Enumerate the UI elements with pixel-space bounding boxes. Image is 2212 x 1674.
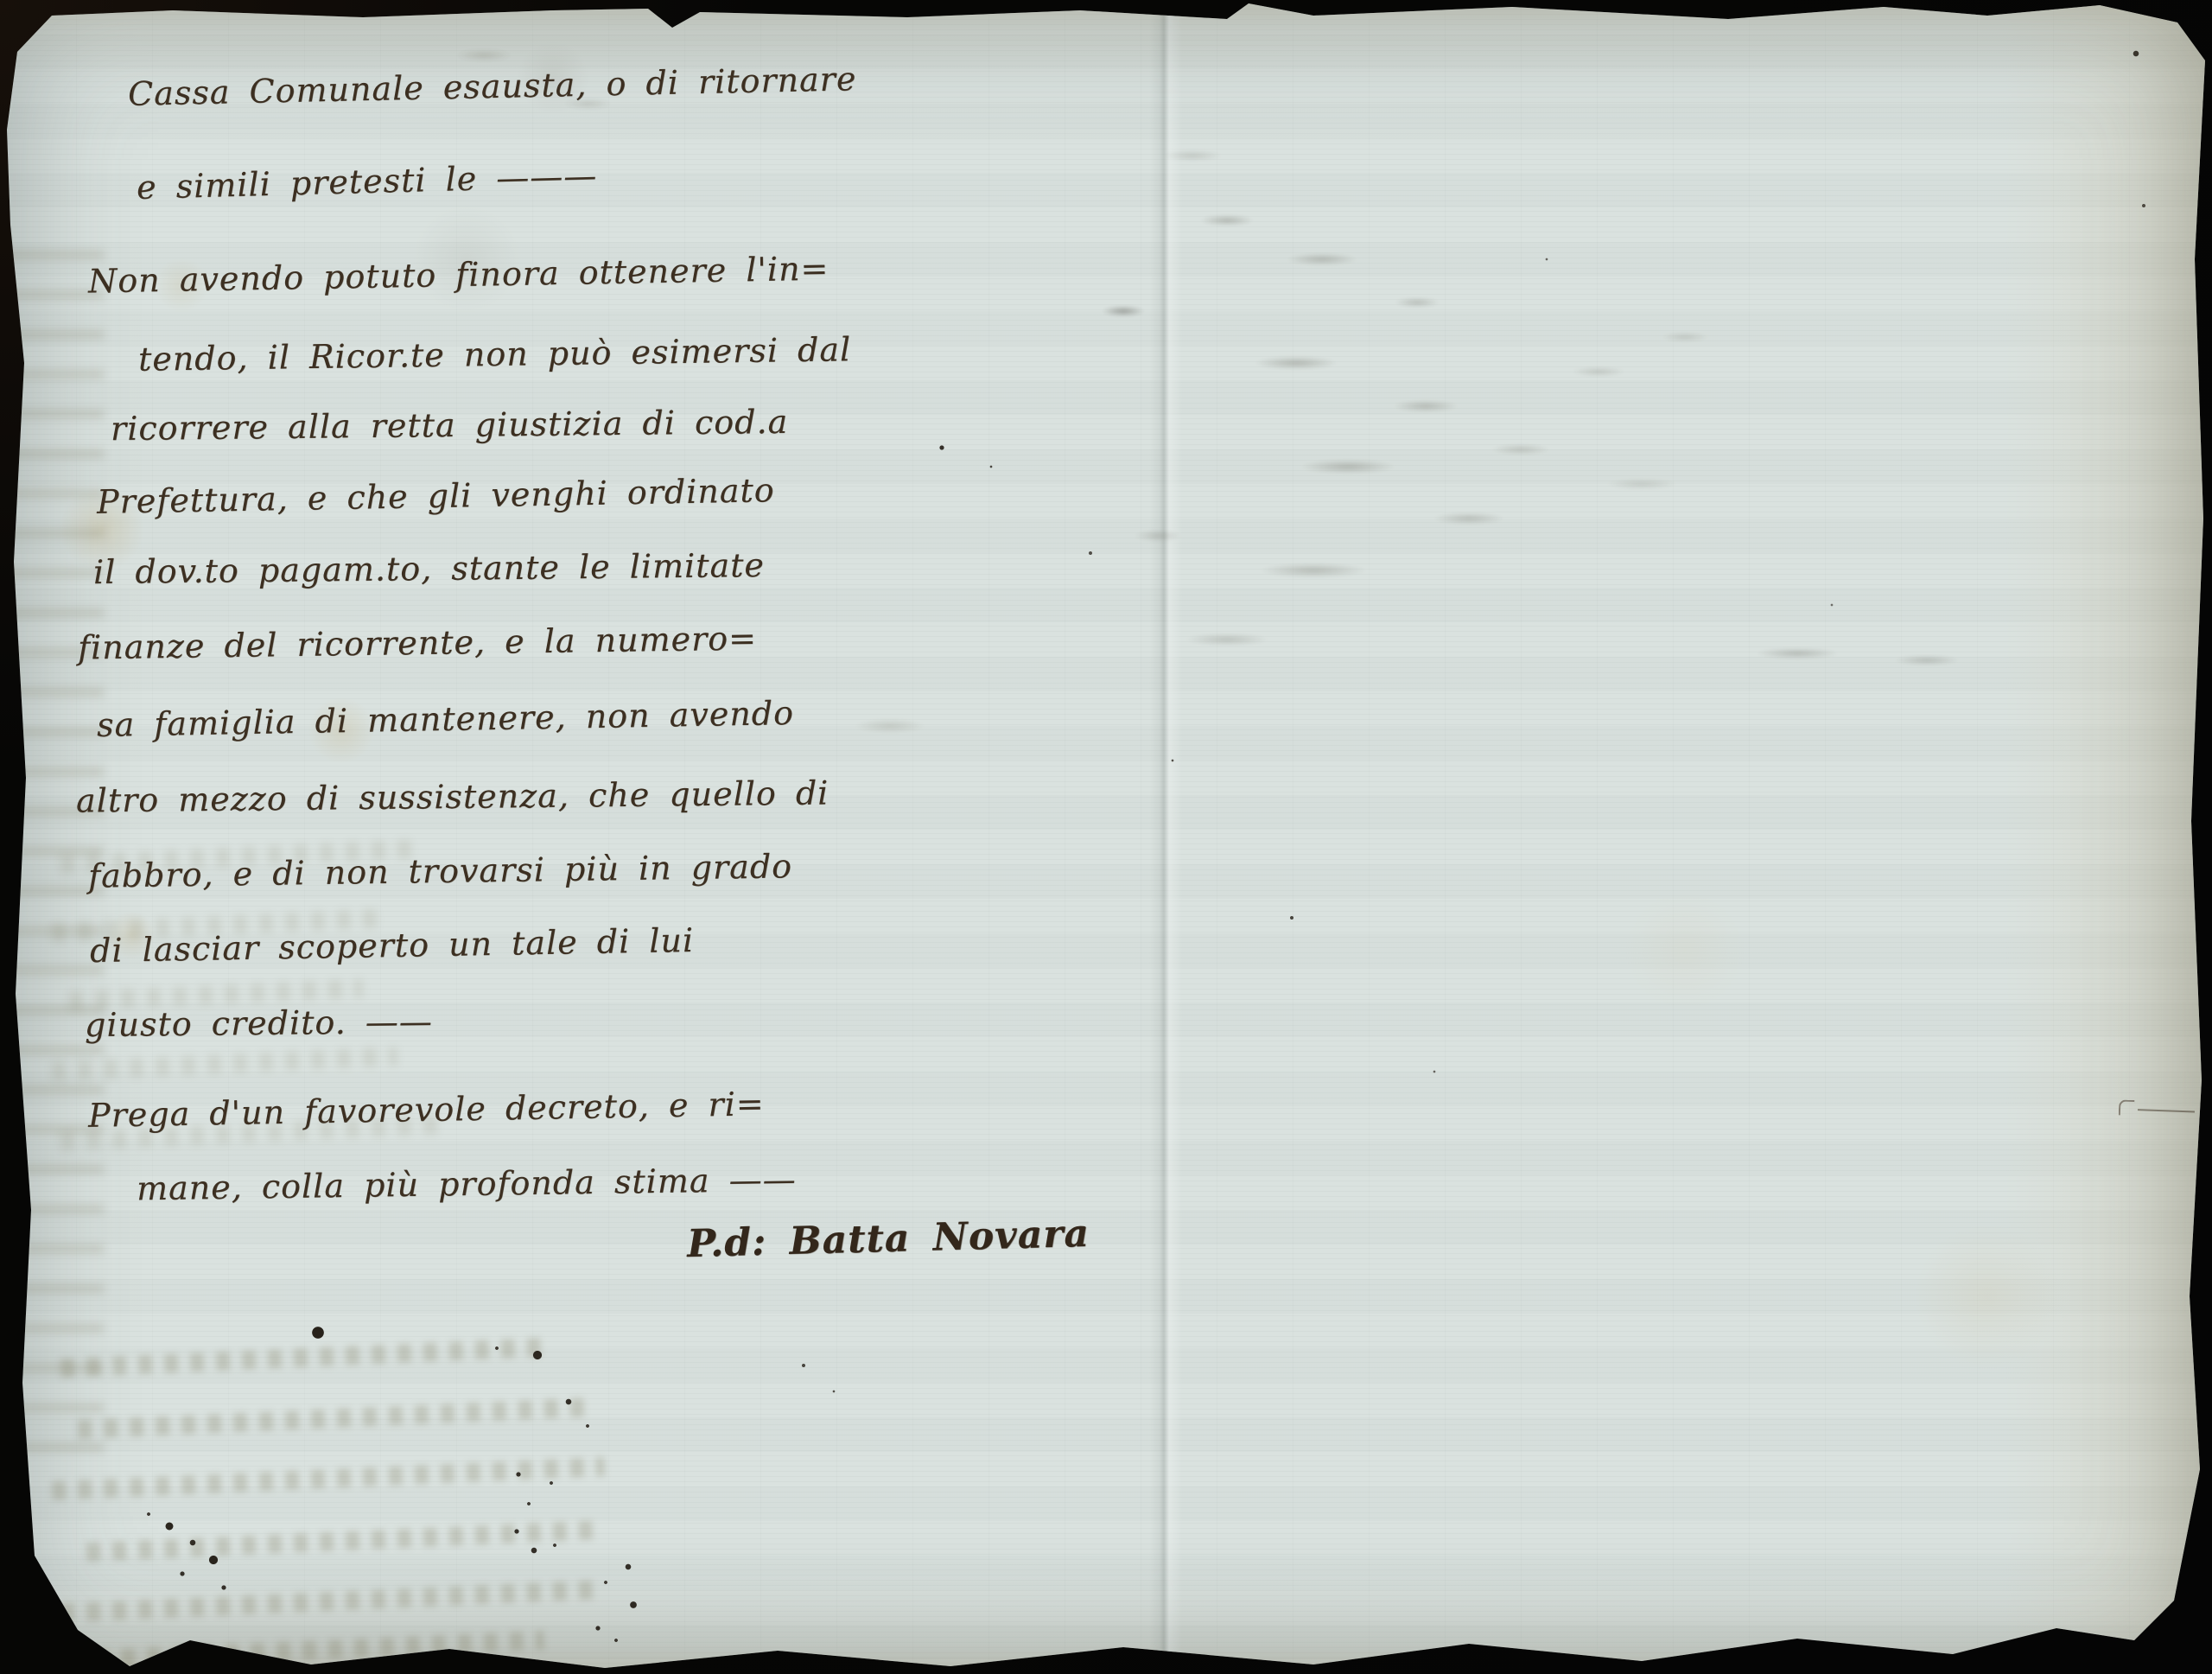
manuscript-line-13: giusto credito. ——: [85, 1002, 433, 1046]
manuscript-line-8: finanze del ricorrente, e la numero=: [78, 620, 758, 669]
manuscript-line-3: Non avendo potuto finora ottenere l'in=: [88, 250, 829, 302]
manuscript-line-7: il dov.to pagam.to, stante le limitate: [93, 546, 765, 593]
bleed-through-row: [60, 1580, 596, 1622]
bleed-through-smudges: [0, 0, 2212, 1674]
bleed-through-row: [52, 1457, 605, 1500]
manuscript-line-5: ricorrere alla retta giustizia di cod.a: [111, 403, 789, 449]
manuscript-line-11: fabbro, e di non trovarsi più in grado: [88, 847, 793, 896]
bleed-through-row: [86, 1520, 605, 1562]
manuscript-line-14: Prega d'un favorevole decreto, e ri=: [88, 1085, 765, 1136]
margin-pen-mark: [2119, 1098, 2199, 1123]
scanned-document: Cassa Comunale esausta, o di ritornare e…: [0, 0, 2212, 1674]
manuscript-line-12: di lasciar scoperto un tale di lui: [90, 921, 695, 971]
paper-sheet: Cassa Comunale esausta, o di ritornare e…: [0, 0, 2212, 1674]
ink-blot: [0, 0, 2212, 1674]
bleed-through-row: [95, 1631, 544, 1670]
manuscript-line-6: Prefettura, e che gli venghi ordinato: [97, 471, 775, 522]
manuscript-line-1: Cassa Comunale esausta, o di ritornare: [128, 60, 857, 114]
bleed-through-left-margin: [0, 225, 104, 1452]
signature: P.d: Batta Novara: [686, 1212, 1090, 1266]
manuscript-line-9: sa famiglia di mantenere, non avendo: [97, 694, 795, 746]
manuscript-line-2: e simili pretesti le ———: [136, 156, 597, 208]
manuscript-line-15: mane, colla più profonda stima ——: [137, 1161, 797, 1209]
bleed-through-row: [52, 1047, 398, 1080]
manuscript-line-10: altro mezzo di sussistenza, che quello d…: [76, 773, 829, 821]
bleed-through-row: [78, 1397, 596, 1439]
manuscript-line-4: tendo, il Ricor.te non può esimersi dal: [138, 330, 852, 379]
bleed-through-row: [60, 1338, 544, 1378]
